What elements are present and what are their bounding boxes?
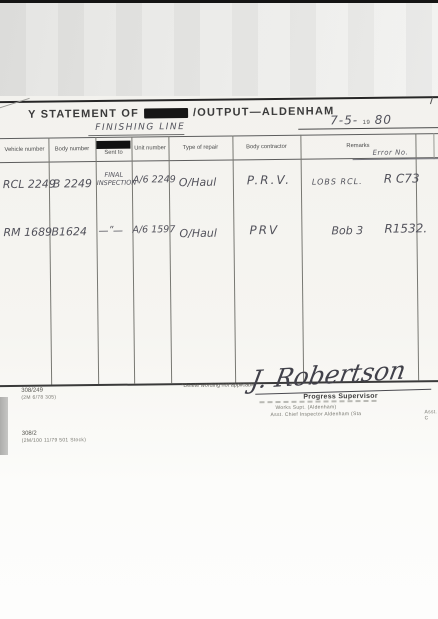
distribution-line-1: Works Supt. (Aldenham)	[275, 404, 336, 411]
handwritten-subtitle: FINISHING LINE	[95, 122, 185, 133]
pen-tick-mark	[430, 97, 433, 104]
form-title: Y STATEMENT OF /OUTPUT—ALDENHAM	[28, 105, 334, 120]
header-unit-number: Unit number	[131, 138, 168, 158]
form-content: Y STATEMENT OF /OUTPUT—ALDENHAM FINISHIN…	[0, 91, 438, 619]
header-type-of-repair: Type of repair	[168, 137, 232, 158]
form-number-top: 308/249	[21, 388, 43, 394]
title-suffix: /OUTPUT—ALDENHAM	[193, 105, 335, 119]
row1-vehicle-number: RCL 2249	[3, 177, 56, 191]
header-body-contractor: Body contractor	[232, 137, 300, 158]
row1-unit-number: A/6 2249	[133, 174, 176, 185]
paper-top-edge-line	[0, 96, 438, 103]
row2-unit-number: A/6 1597	[132, 224, 175, 235]
right-edge-text-fragment: Asst. C	[424, 409, 438, 421]
column-divider-1	[48, 138, 52, 385]
row1-remarks-ref: R C73	[384, 171, 420, 185]
row2-body-number: B1624	[51, 225, 87, 238]
header-sent-to-label: Sent to	[104, 150, 122, 157]
header-sent-to: Sent to	[95, 139, 131, 159]
paper-corner-fold-line	[0, 98, 30, 109]
row2-vehicle-number: RM 1689	[3, 226, 52, 240]
row1-remarks-note: LOBS RCL.	[312, 177, 363, 187]
title-redaction-box	[144, 108, 188, 118]
handwritten-error-no-annotation: Error No.	[373, 148, 409, 156]
date-field: 7-5- 19 80	[330, 111, 392, 130]
distribution-line-2: Asst. Chief Inspector Aldenham (Sta	[270, 411, 361, 418]
form-number-bottom: 308/2	[22, 431, 37, 437]
supervisor-signature: J. Robertson	[249, 355, 409, 394]
print-code-top: (2M 6/78 305)	[21, 394, 56, 400]
scan-left-shadow-strip	[0, 397, 8, 455]
date-day-month: 7-5-	[330, 113, 358, 127]
date-rule-line	[298, 127, 438, 130]
row1-body-number: B 2249	[53, 177, 92, 190]
title-prefix: Y STATEMENT OF	[28, 108, 139, 121]
sent-to-redaction-box	[96, 141, 130, 149]
print-code-bottom: (2M/100 11/79 501 Stock)	[22, 437, 86, 444]
row1-body-contractor: P.R.V.	[247, 173, 291, 188]
row2-ditto-mark: —ʺ—	[98, 226, 123, 237]
date-year: 80	[375, 113, 392, 127]
row1-type-of-repair: O/Haul	[179, 176, 217, 189]
header-vehicle-number: Vehicle number	[0, 140, 48, 161]
column-divider-edge	[433, 133, 434, 159]
header-body-number: Body number	[48, 139, 95, 160]
date-printed-19: 19	[363, 120, 371, 126]
column-divider-5	[232, 135, 236, 382]
row2-body-contractor: PRV	[249, 223, 279, 237]
delete-wording-note: *Delete wording not applicable	[181, 382, 255, 389]
error-no-underline	[353, 158, 438, 160]
paper-sheet: Y STATEMENT OF /OUTPUT—ALDENHAM FINISHIN…	[0, 96, 438, 619]
row2-remarks-note: Bob 3	[331, 224, 363, 237]
row2-remarks-ref: R1532.	[384, 221, 427, 235]
row1-sent-to: FINAL INSPECTION	[97, 172, 131, 188]
column-divider-6	[300, 135, 304, 382]
illegible-struck-text-line	[259, 400, 377, 403]
row2-type-of-repair: O/Haul	[179, 227, 217, 240]
scanner-background-strip	[0, 3, 438, 98]
scanned-form-document: Y STATEMENT OF /OUTPUT—ALDENHAM FINISHIN…	[0, 0, 438, 619]
